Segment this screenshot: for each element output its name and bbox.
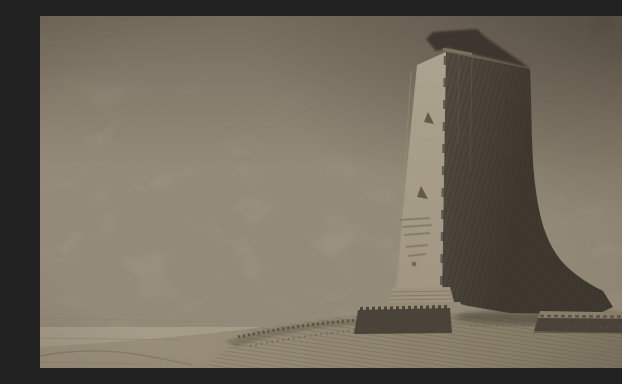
- etching-canvas: [40, 16, 622, 368]
- photo-vignette: [40, 16, 622, 368]
- etching-artwork: [40, 16, 622, 368]
